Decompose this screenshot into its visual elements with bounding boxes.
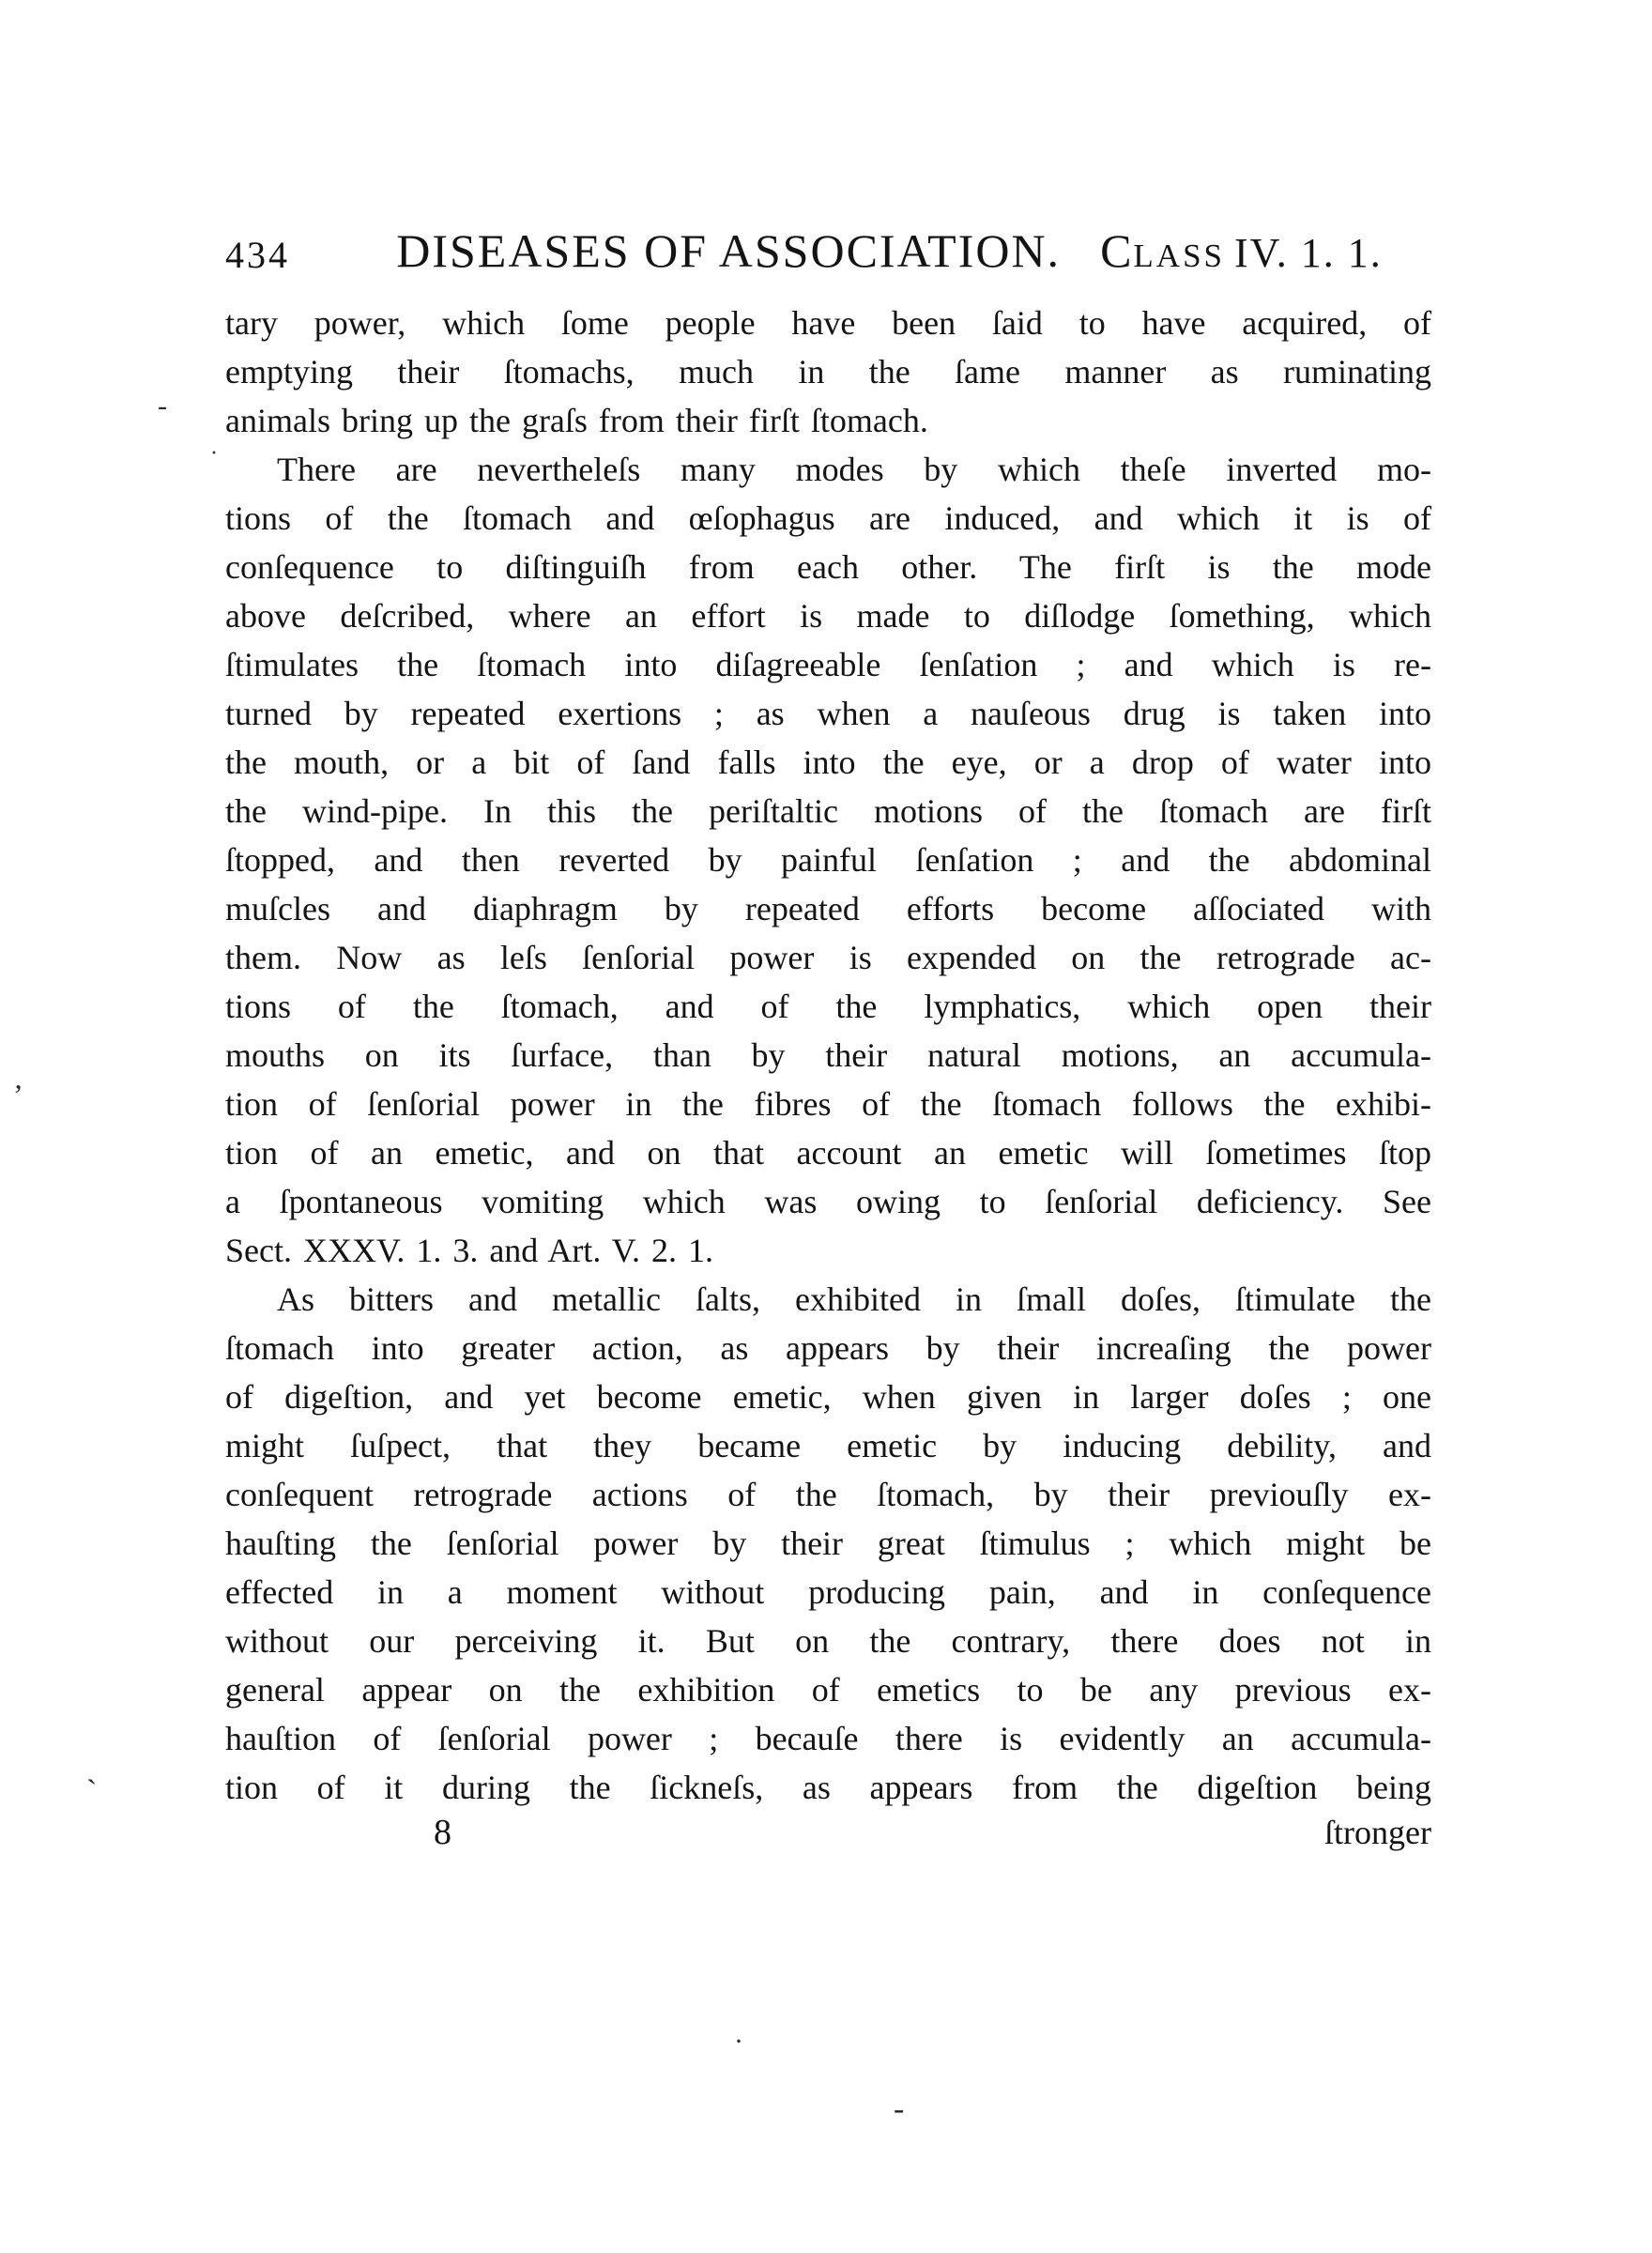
text-line: tions of the ſtomach, and of the lymphat… bbox=[225, 982, 1431, 1031]
page-footer: 8 ſtronger bbox=[225, 1808, 1431, 1857]
text-line: hauſtion of ſenſorial power ; becauſe th… bbox=[225, 1714, 1431, 1763]
text-line: tion of an emetic, and on that account a… bbox=[225, 1128, 1431, 1177]
text-line: emptying their ſtomachs, much in the ſam… bbox=[225, 347, 1431, 396]
text-line: mouths on its ſurface, than by their nat… bbox=[225, 1031, 1431, 1080]
text-line: conſequence to diſtinguiſh from each oth… bbox=[225, 543, 1431, 591]
text-line: conſequent retrograde actions of the ſto… bbox=[225, 1470, 1431, 1519]
class-label-rest: LASS bbox=[1133, 238, 1225, 274]
text-line: ſtimulates the ſtomach into diſagreeable… bbox=[225, 640, 1431, 689]
text-line: tions of the ſtomach and œſophagus are i… bbox=[225, 494, 1431, 543]
running-header: DISEASES OF ASSOCIATION.CLASSIV. 1. 1. bbox=[347, 223, 1431, 278]
text-line: ſtomach into greater action, as appears … bbox=[225, 1324, 1431, 1372]
catchword: ſtronger bbox=[1324, 1808, 1431, 1857]
text-line: muſcles and diaphragm by repeated effort… bbox=[225, 884, 1431, 933]
text-line: As bitters and metallic ſalts, exhibited… bbox=[225, 1275, 1431, 1324]
class-label-number: IV. 1. 1. bbox=[1234, 230, 1383, 276]
text-line: them. Now as leſs ſenſorial power is exp… bbox=[225, 933, 1431, 982]
body-text: tary power, which ſome people have been … bbox=[225, 299, 1431, 1812]
page-header: 434 DISEASES OF ASSOCIATION.CLASSIV. 1. … bbox=[225, 223, 1431, 280]
signature-mark: 8 bbox=[434, 1808, 451, 1857]
text-line: tion of ſenſorial power in the fibres of… bbox=[225, 1080, 1431, 1128]
page-number: 434 bbox=[225, 233, 290, 277]
text-line: the mouth, or a bit of ſand falls into t… bbox=[225, 738, 1431, 787]
scan-artifact: - bbox=[894, 2092, 904, 2127]
text-line: above deſcribed, where an effort is made… bbox=[225, 591, 1431, 640]
class-label-initial: C bbox=[1100, 224, 1133, 277]
scan-artifact: ` bbox=[86, 1774, 97, 1810]
text-line: ſtopped, and then reverted by painful ſe… bbox=[225, 835, 1431, 884]
text-line: turned by repeated exertions ; as when a… bbox=[225, 689, 1431, 738]
running-header-title: DISEASES OF ASSOCIATION. bbox=[396, 224, 1061, 277]
text-line: the wind-pipe. In this the periſtaltic m… bbox=[225, 787, 1431, 835]
text-line: tary power, which ſome people have been … bbox=[225, 299, 1431, 347]
text-line: hauſting the ſenſorial power by their gr… bbox=[225, 1519, 1431, 1568]
text-line: animals bring up the graſs from their fi… bbox=[225, 396, 1431, 445]
text-line: general appear on the exhibition of emet… bbox=[225, 1665, 1431, 1714]
text-line: There are nevertheleſs many modes by whi… bbox=[225, 445, 1431, 494]
book-page: 434 DISEASES OF ASSOCIATION.CLASSIV. 1. … bbox=[0, 0, 1652, 2253]
text-line: tion of it during the ſickneſs, as appea… bbox=[225, 1763, 1431, 1812]
text-line: might ſuſpect, that they became emetic b… bbox=[225, 1421, 1431, 1470]
scan-artifact: - bbox=[158, 391, 167, 422]
text-line: of digeſtion, and yet become emetic, whe… bbox=[225, 1372, 1431, 1421]
text-line: Sect. XXXV. 1. 3. and Art. V. 2. 1. bbox=[225, 1226, 1431, 1275]
scan-artifact: · bbox=[210, 441, 218, 467]
text-line: without our perceiving it. But on the co… bbox=[225, 1617, 1431, 1665]
text-line: a ſpontaneous vomiting which was owing t… bbox=[225, 1177, 1431, 1226]
scan-artifact: · bbox=[734, 2026, 743, 2058]
text-line: effected in a moment without producing p… bbox=[225, 1568, 1431, 1617]
scan-artifact: ’ bbox=[13, 1078, 23, 1112]
